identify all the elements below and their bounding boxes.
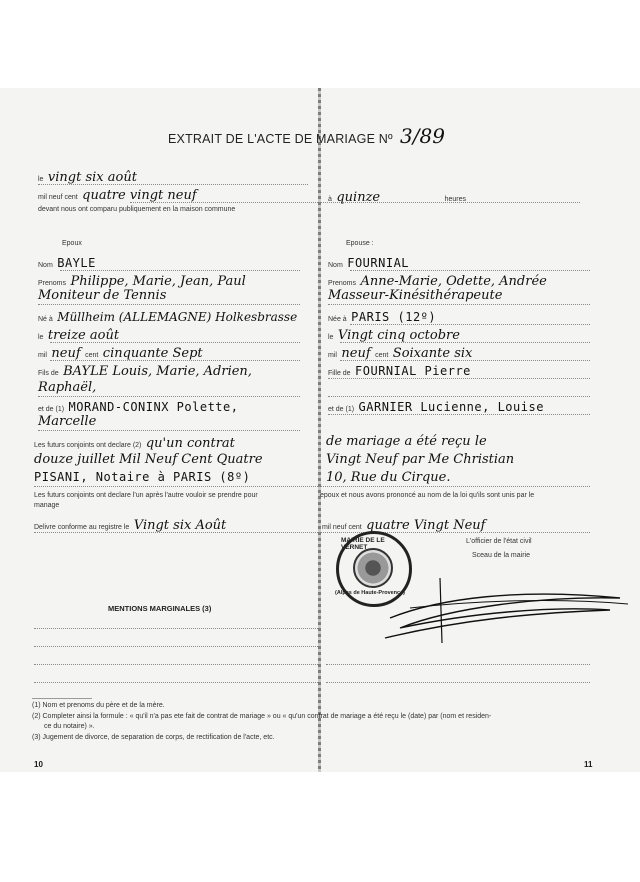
rule [340, 360, 590, 361]
rule [60, 270, 300, 271]
year-value: quatre vingt neuf [82, 188, 197, 203]
date-day-month: vingt six août [48, 170, 137, 185]
rule [34, 682, 318, 683]
contract-text: de mariage a été reçu le [326, 434, 487, 449]
officer-signature [380, 558, 630, 648]
year-prefix: mil neuf cent [38, 194, 78, 201]
contract-text: douze juillet Mil Neuf Cent Quatre [34, 452, 263, 467]
date-prefix: le [38, 176, 43, 183]
page-number-left: 10 [34, 760, 43, 769]
declaration-text: epoux et nous avons prononcé au nom de l… [320, 492, 534, 499]
label: et de (1) [38, 406, 64, 413]
label: le [38, 334, 43, 341]
rule [328, 414, 590, 415]
groom-birthyear-1: neuf [51, 346, 80, 361]
hour-suffix: heures [445, 196, 466, 203]
groom-birthyear-2: cinquante Sept [103, 346, 203, 361]
declaration-text: Les futurs conjoints ont declare l'un ap… [34, 492, 258, 499]
label: Fils de [38, 370, 59, 377]
groom-father-row: Fils de BAYLE Louis, Marie, Adrien, [38, 362, 252, 380]
rule [328, 396, 590, 397]
rule [326, 682, 590, 683]
delivery-date: Vingt six Août [134, 518, 226, 533]
bride-birthyear-1: neuf [341, 346, 370, 361]
bride-father: FOURNIAL Pierre [355, 364, 471, 378]
label: Fille de [328, 370, 351, 377]
groom-mother: MORAND-CONINX Polette, [69, 400, 239, 414]
bride-profession: Masseur-Kinésithérapeute [328, 288, 502, 303]
groom-mother-cont: Marcelle [38, 414, 96, 429]
rule [34, 628, 318, 629]
label: mil [328, 352, 337, 359]
footnote-3: (3) Jugement de divorce, de separation d… [32, 734, 275, 741]
groom-surname: BAYLE [57, 256, 96, 270]
contract-text: 10, Rue du Cirque. [326, 470, 450, 485]
rule [328, 304, 590, 305]
rule [328, 378, 590, 379]
groom-birthdate: treize août [48, 328, 119, 343]
act-number: 3/89 [400, 124, 445, 148]
contract-text: PISANI, Notaire à PARIS (8º) [34, 470, 250, 484]
rule [326, 664, 590, 665]
label: Né à [38, 316, 53, 323]
groom-father-cont: Raphaël, [38, 380, 96, 395]
label: cent [85, 352, 98, 359]
header-hour: à quinze heures [328, 188, 466, 206]
label: mil [38, 352, 47, 359]
rule [34, 664, 318, 665]
bride-birthdate: Vingt cinq octobre [338, 328, 460, 343]
groom-father: BAYLE Louis, Marie, Adrien, [63, 364, 252, 379]
bride-birthplace: PARIS (12º) [351, 310, 436, 324]
rule [34, 486, 590, 487]
rule [50, 342, 300, 343]
bride-heading: Epouse : [346, 240, 374, 247]
groom-profession: Moniteur de Tennis [38, 288, 166, 303]
rule [38, 184, 308, 185]
groom-birthplace-row: Né à Müllheim (ALLEMAGNE) Holkesbrasse [38, 308, 297, 326]
label: cent [375, 352, 388, 359]
label: et de (1) [328, 406, 354, 413]
label: Prenoms [38, 280, 66, 287]
stamp-top-text: MAIRIE DE LE VERNET [341, 537, 409, 551]
label: mil neuf cent [322, 524, 362, 531]
label: Née à [328, 316, 347, 323]
footnote-2: (2) Completer ainsi la formule : « qu'il… [32, 713, 491, 720]
bride-mother: GARNIER Lucienne, Louise [359, 400, 544, 414]
rule [34, 532, 590, 533]
rule [38, 304, 300, 305]
contract-row-1: Les futurs conjoints ont declare (2) qu'… [34, 434, 235, 452]
page-fold [318, 88, 321, 772]
page-number-right: 11 [584, 760, 592, 769]
label: Delivre conforme au registre le [34, 524, 129, 531]
label: Prenoms [328, 280, 356, 287]
officer-label: L'officier de l'état civil [466, 538, 532, 545]
label: Nom [38, 262, 53, 269]
delivery-year: quatre Vingt Neuf [366, 518, 485, 533]
rule [350, 324, 590, 325]
hour-prefix: à [328, 196, 332, 203]
footnote-divider [32, 698, 92, 699]
paper-crease [530, 88, 640, 91]
label: Les futurs conjoints ont declare (2) [34, 442, 141, 449]
rule [38, 396, 300, 397]
contract-text: Vingt Neuf par Me Christian [326, 452, 514, 467]
groom-firstnames: Philippe, Marie, Jean, Paul [70, 274, 245, 289]
rule [340, 342, 590, 343]
marriage-certificate-scan: EXTRAIT DE L'ACTE DE MARIAGE Nº 3/89 le … [0, 88, 640, 772]
footnote-1: (1) Nom et prenoms du père et de la mère… [32, 702, 165, 709]
bride-surname: FOURNIAL [347, 256, 409, 270]
rule [50, 360, 300, 361]
marginal-mentions-heading: MENTIONS MARGINALES (3) [108, 604, 211, 613]
declaration-text: manage [34, 502, 59, 509]
hour-value: quinze [336, 190, 380, 205]
bride-firstnames: Anne-Marie, Odette, Andrée [360, 274, 546, 289]
rule [34, 646, 318, 647]
appearance-text: devant nous ont comparu publiquement en … [38, 206, 235, 213]
contract-text: qu'un contrat [146, 436, 235, 451]
groom-birthplace: Müllheim (ALLEMAGNE) Holkesbrasse [57, 310, 297, 324]
document-title: EXTRAIT DE L'ACTE DE MARIAGE Nº [168, 132, 393, 146]
rule [38, 430, 300, 431]
bride-birthyear-2: Soixante six [393, 346, 473, 361]
label: le [328, 334, 333, 341]
footnote-2-cont: ce du notaire) ». [44, 723, 95, 730]
label: Nom [328, 262, 343, 269]
rule [350, 270, 590, 271]
groom-heading: Epoux [62, 240, 82, 247]
